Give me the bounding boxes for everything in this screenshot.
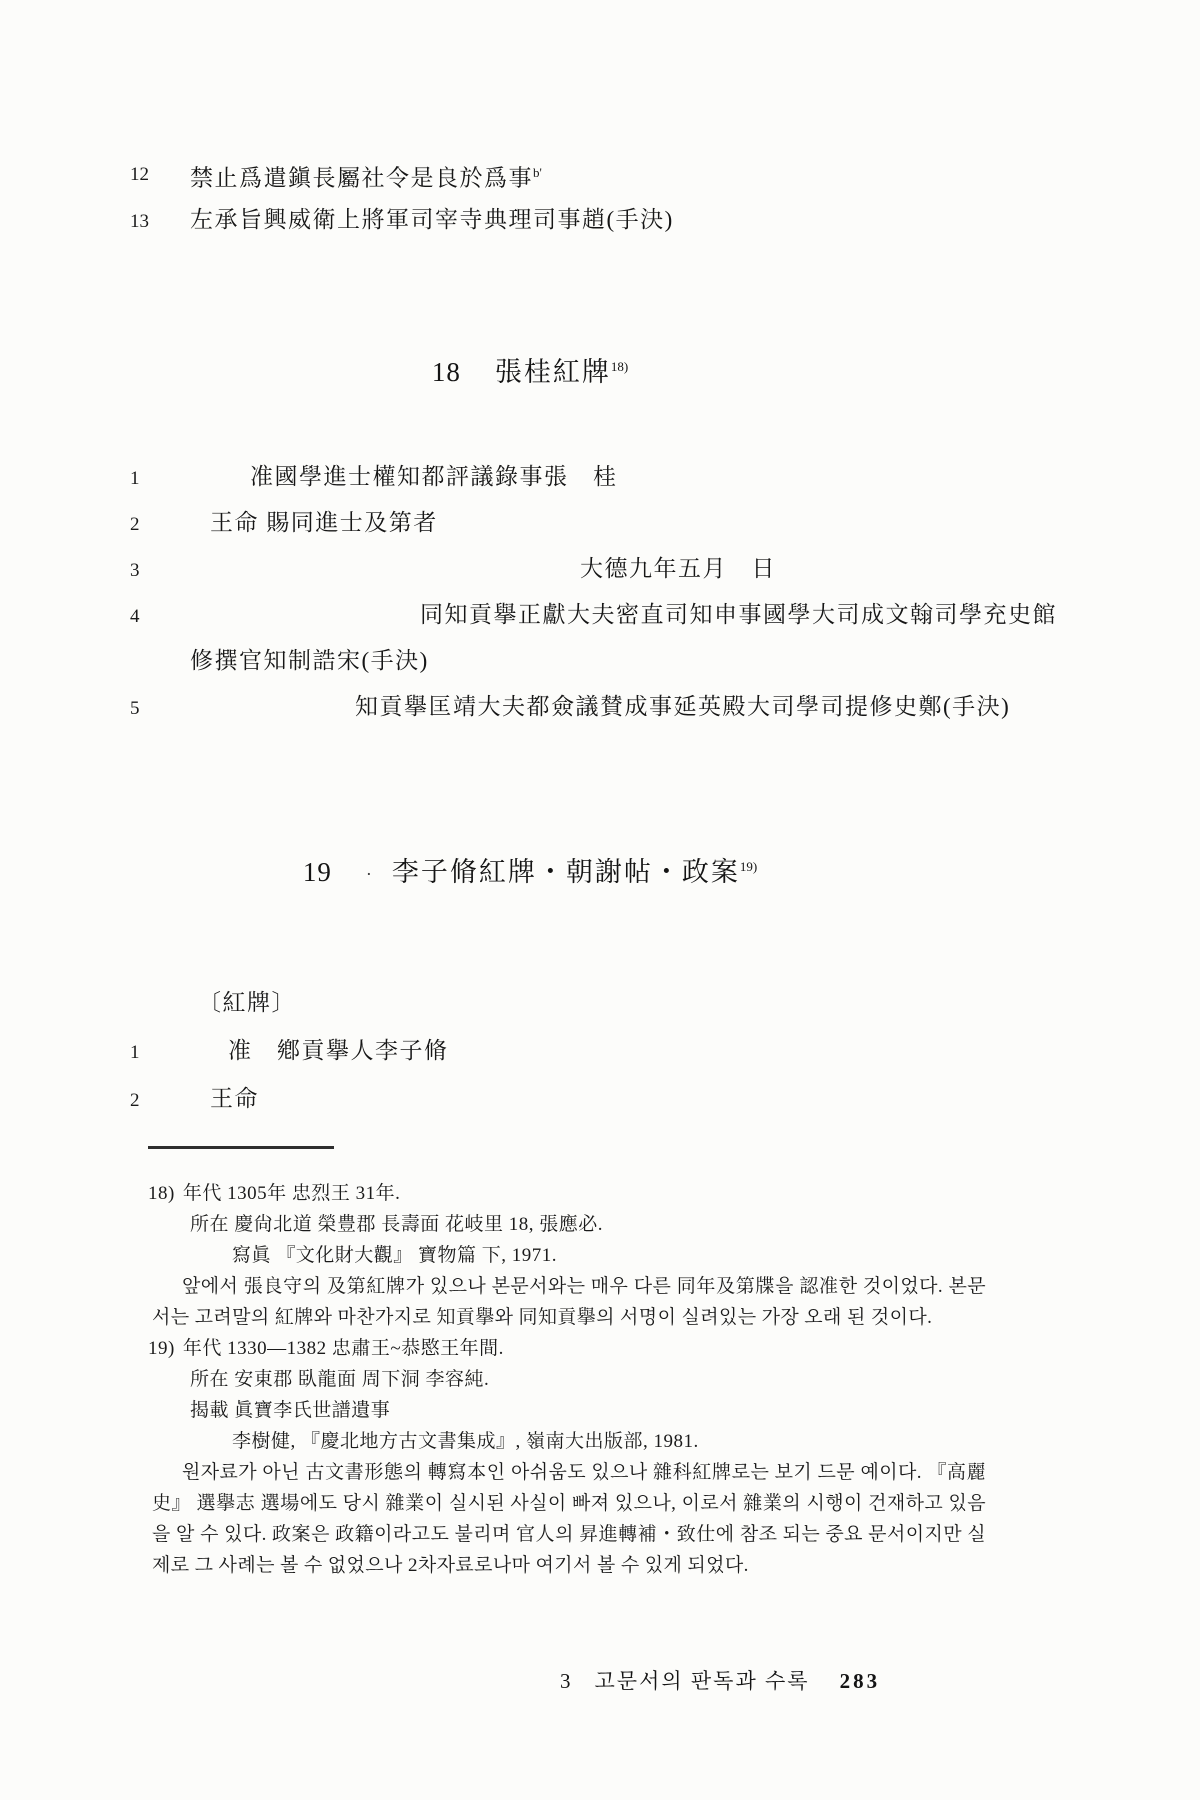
footer-title: 고문서의 판독과 수록 bbox=[595, 1669, 810, 1693]
line-text: 王命 賜同進士及第者 bbox=[210, 508, 438, 540]
line-number: 4 bbox=[130, 600, 190, 632]
heading-number: 18 bbox=[432, 357, 461, 387]
document-line: 1 准 鄕貢擧人李子脩 bbox=[130, 1036, 1130, 1068]
footnote-meta-text: 揭載 眞寶李氏世譜遺事 bbox=[190, 1400, 390, 1421]
footnote-meta-text: 寫眞 『文化財大觀』 寶物篇 下, 1971. bbox=[232, 1245, 557, 1266]
book-page: 12 禁止爲遣鎭長屬社令是良於爲事b' 13 左承旨興威衛上將軍司宰寺典理司事趙… bbox=[0, 0, 1200, 1800]
footnote-18-meta: 所在 慶尙北道 榮豊郡 長壽面 花岐里 18, 張應必. bbox=[190, 1209, 986, 1240]
footnote-19-meta: 李樹健, 『慶北地方古文書集成』, 嶺南大出版部, 1981. bbox=[232, 1426, 986, 1457]
subsection-label-line: 〔紅牌〕 bbox=[130, 988, 1130, 1018]
line-number: 2 bbox=[130, 1084, 190, 1116]
footnote-meta-text: 年代 1305年 忠烈王 31年. bbox=[183, 1183, 401, 1204]
heading-title: 李子脩紅牌・朝謝帖・政案 bbox=[392, 857, 740, 887]
footnote-separator bbox=[148, 1146, 334, 1149]
document-line: 12 禁止爲遣鎭長屬社令是良於爲事b' bbox=[130, 158, 1130, 194]
line-number: 12 bbox=[130, 158, 190, 194]
document-line: 1 准國學進士權知都評議錄事張 桂 bbox=[130, 462, 1130, 494]
footer-section-number: 3 bbox=[560, 1669, 573, 1693]
line-number bbox=[130, 988, 190, 1018]
line-text: 王命 bbox=[210, 1084, 259, 1116]
footnote-18-paragraph: 앞에서 張良守의 及第紅牌가 있으나 본문서와는 매우 다른 同年及第牒을 認准… bbox=[152, 1271, 986, 1333]
document-line: 13 左承旨興威衛上將軍司宰寺典理司事趙(手決) bbox=[130, 205, 1130, 237]
line-text: 准國學進士權知都評議錄事張 桂 bbox=[250, 462, 618, 494]
footnote-19-paragraph: 원자료가 아닌 古文書形態의 轉寫本인 아쉬움도 있으나 雜科紅牌로는 보기 드… bbox=[152, 1457, 986, 1581]
section-heading-19: 19·李子脩紅牌・朝謝帖・政案19) bbox=[0, 850, 1060, 889]
line-text: 修撰官知制誥宋(手決) bbox=[190, 646, 429, 676]
footnote-ref: 18) bbox=[611, 359, 628, 374]
document-line: 2 王命 賜同進士及第者 bbox=[130, 508, 1130, 540]
footnote-meta-text: 所在 安東郡 臥龍面 周下洞 李容純. bbox=[190, 1369, 489, 1390]
line-text: 同知貢擧正獻大夫密直司知申事國學大司成文翰司學充史館 bbox=[420, 600, 1057, 632]
heading-title: 張桂紅牌 bbox=[495, 357, 611, 387]
line-number: 13 bbox=[130, 205, 190, 237]
line-text: 左承旨興威衛上將軍司宰寺典理司事趙(手決) bbox=[190, 205, 674, 237]
line-number: 1 bbox=[130, 462, 190, 494]
document-line: 2 王命 bbox=[130, 1084, 1130, 1116]
heading-dot: · bbox=[366, 864, 374, 884]
document-line: 3 大德九年五月 日 bbox=[130, 554, 1130, 586]
line-number: 3 bbox=[130, 554, 190, 586]
document-line: 4 同知貢擧正獻大夫密直司知申事國學大司成文翰司學充史館 bbox=[130, 600, 1130, 632]
footnote-meta-text: 李樹健, 『慶北地方古文書集成』, 嶺南大出版部, 1981. bbox=[232, 1431, 699, 1452]
footnote-18-meta: 寫眞 『文化財大觀』 寶物篇 下, 1971. bbox=[232, 1240, 986, 1271]
footnote-meta-text: 所在 慶尙北道 榮豊郡 長壽面 花岐里 18, 張應必. bbox=[190, 1214, 603, 1235]
line-text: 大德九年五月 日 bbox=[580, 554, 776, 586]
line-number bbox=[130, 646, 190, 676]
page-number: 283 bbox=[840, 1669, 881, 1693]
line-text: 禁止爲遣鎭長屬社令是良於爲事b' bbox=[190, 158, 542, 194]
collation-mark: b' bbox=[533, 165, 542, 180]
footnotes: 18)年代 1305年 忠烈王 31年. 所在 慶尙北道 榮豊郡 長壽面 花岐里… bbox=[148, 1178, 986, 1581]
footnote-label: 18) bbox=[148, 1178, 175, 1209]
footnote-19-meta: 揭載 眞寶李氏世譜遺事 bbox=[190, 1395, 986, 1426]
page-footer: 3고문서의 판독과 수록283 bbox=[560, 1665, 880, 1695]
line-text: 准 鄕貢擧人李子脩 bbox=[228, 1036, 449, 1068]
subsection-label: 〔紅牌〕 bbox=[198, 988, 296, 1018]
footnote-18-meta: 18)年代 1305年 忠烈王 31年. bbox=[148, 1178, 986, 1209]
footnote-ref: 19) bbox=[740, 859, 757, 874]
document-line: 5 知貢擧匡靖大夫都僉議賛成事延英殿大司學司提修史鄭(手決) bbox=[130, 692, 1130, 724]
footnote-19-meta: 所在 安東郡 臥龍面 周下洞 李容純. bbox=[190, 1364, 986, 1395]
footnote-meta-text: 年代 1330—1382 忠肅王~恭愍王年間. bbox=[183, 1338, 504, 1359]
section-heading-18: 18張桂紅牌18) bbox=[0, 350, 1060, 389]
document-line-wrap: 修撰官知制誥宋(手決) bbox=[130, 646, 1130, 676]
footnote-19-meta: 19)年代 1330—1382 忠肅王~恭愍王年間. bbox=[148, 1333, 986, 1364]
heading-number: 19 bbox=[303, 857, 332, 887]
line-number: 1 bbox=[130, 1036, 190, 1068]
line-number: 2 bbox=[130, 508, 190, 540]
footnote-label: 19) bbox=[148, 1333, 175, 1364]
line-text: 知貢擧匡靖大夫都僉議賛成事延英殿大司學司提修史鄭(手決) bbox=[355, 692, 1010, 724]
line-number: 5 bbox=[130, 692, 190, 724]
